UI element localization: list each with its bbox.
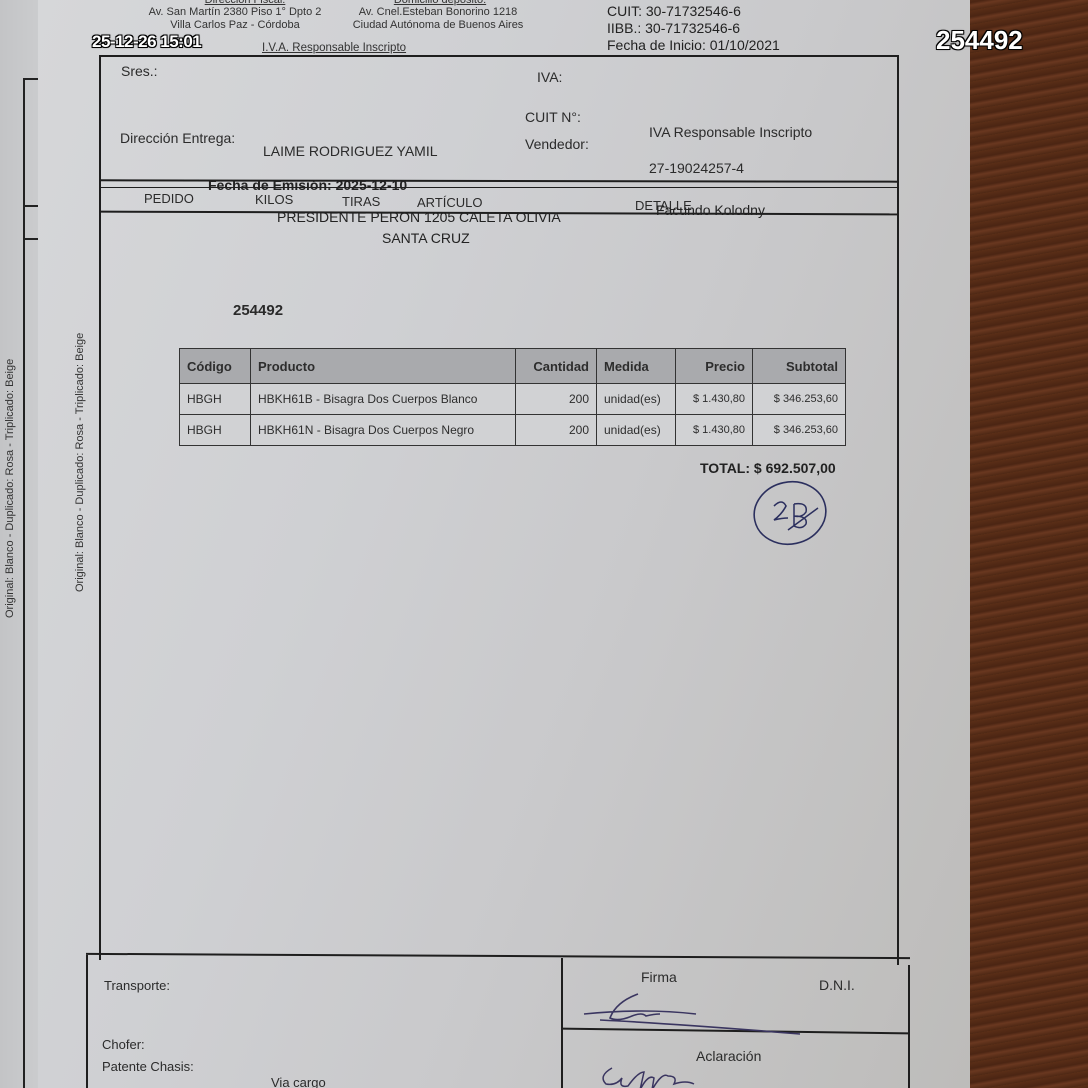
deposit-address-line-2: Ciudad Autónoma de Buenos Aires [343, 19, 533, 31]
delivery-street: PRESIDENTE PERON 1205 CALETA OLIVIA [277, 209, 561, 225]
col-articulo: ARTÍCULO [417, 195, 483, 210]
fiscal-address-line-2: Villa Carlos Paz - Córdoba [140, 19, 330, 31]
cell-codigo: HBGH [180, 415, 251, 446]
cell-codigo: HBGH [180, 384, 251, 415]
col-kilos: KILOS [255, 192, 293, 207]
frame-line [99, 55, 101, 960]
driver-label: Chofer: [102, 1037, 145, 1052]
handwritten-circle-mark-icon [748, 478, 838, 550]
cell-medida: unidad(es) [597, 415, 676, 446]
chassis-label: Patente Chasis: [102, 1059, 194, 1074]
delivery-address-label: Dirección Entrega: [120, 130, 235, 146]
customer-name: LAIME RODRIGUEZ YAMIL [263, 143, 438, 159]
seller-label: Vendedor: [525, 136, 589, 152]
header-subtotal: Subtotal [753, 349, 846, 384]
col-tiras: TIRAS [342, 194, 380, 209]
transport-label: Transporte: [104, 978, 170, 993]
frame-line [908, 965, 910, 1088]
company-cuit: CUIT: 30-71732546-6 [607, 3, 741, 19]
table-row: HBGH HBKH61B - Bisagra Dos Cuerpos Blanc… [180, 384, 846, 415]
dni-label: D.N.I. [819, 977, 855, 993]
copy-color-note: Original: Blanco - Duplicado: Rosa - Tri… [4, 359, 16, 618]
header-cantidad: Cantidad [516, 349, 597, 384]
camera-timestamp: 25-12-26 15:01 [92, 32, 201, 52]
fiscal-address-line-1: Av. San Martín 2380 Piso 1° Dpto 2 [140, 6, 330, 18]
handwritten-signature-icon [580, 990, 800, 1040]
cell-subtotal: $ 346.253,60 [753, 384, 846, 415]
sres-label: Sres.: [121, 63, 158, 79]
signature-label: Firma [641, 969, 677, 985]
order-total: TOTAL: $ 692.507,00 [700, 460, 836, 476]
frame-line [561, 958, 563, 1088]
delivery-province: SANTA CRUZ [382, 230, 470, 246]
frame-line [23, 78, 25, 1088]
frame-line [86, 955, 88, 1088]
header-precio: Precio [676, 349, 753, 384]
cell-cantidad: 200 [516, 384, 597, 415]
iva-condition: I.V.A. Responsable Inscripto [262, 42, 406, 54]
cell-producto: HBKH61N - Bisagra Dos Cuerpos Negro [251, 415, 516, 446]
header-producto: Producto [251, 349, 516, 384]
cell-medida: unidad(es) [597, 384, 676, 415]
customer-iva-value: IVA Responsable Inscripto [649, 124, 812, 140]
items-table: Código Producto Cantidad Medida Precio S… [179, 348, 846, 446]
company-iibb: IIBB.: 30-71732546-6 [607, 20, 740, 36]
order-number: 254492 [233, 302, 283, 319]
deposit-address-line-1: Av. Cnel.Esteban Bonorino 1218 [343, 6, 533, 18]
id-stamp: 254492 [936, 25, 1023, 56]
cell-cantidad: 200 [516, 415, 597, 446]
header-codigo: Código [180, 349, 251, 384]
cell-precio: $ 1.430,80 [676, 415, 753, 446]
wood-background [950, 0, 1088, 1088]
company-start-date: Fecha de Inicio: 01/10/2021 [607, 37, 780, 53]
copy-color-note: Original: Blanco - Duplicado: Rosa - Tri… [74, 333, 86, 592]
frame-line [99, 55, 899, 57]
cuit-label: CUIT N°: [525, 109, 581, 125]
cell-producto: HBKH61B - Bisagra Dos Cuerpos Blanco [251, 384, 516, 415]
customer-cuit-value: 27-19024257-4 [649, 160, 744, 176]
header-medida: Medida [597, 349, 676, 384]
carrier-name: Via cargo [271, 1075, 326, 1088]
cell-subtotal: $ 346.253,60 [753, 415, 846, 446]
items-table-header: Código Producto Cantidad Medida Precio S… [180, 349, 846, 384]
table-row: HBGH HBKH61N - Bisagra Dos Cuerpos Negro… [180, 415, 846, 446]
col-pedido: PEDIDO [144, 191, 194, 206]
cell-precio: $ 1.430,80 [676, 384, 753, 415]
issue-date: Fecha de Emisión: 2025-12-10 [208, 177, 407, 193]
handwritten-name-icon [598, 1062, 758, 1088]
frame-line [897, 55, 899, 965]
iva-label: IVA: [537, 69, 562, 85]
seller-name: Facundo Kolodny [656, 202, 765, 218]
